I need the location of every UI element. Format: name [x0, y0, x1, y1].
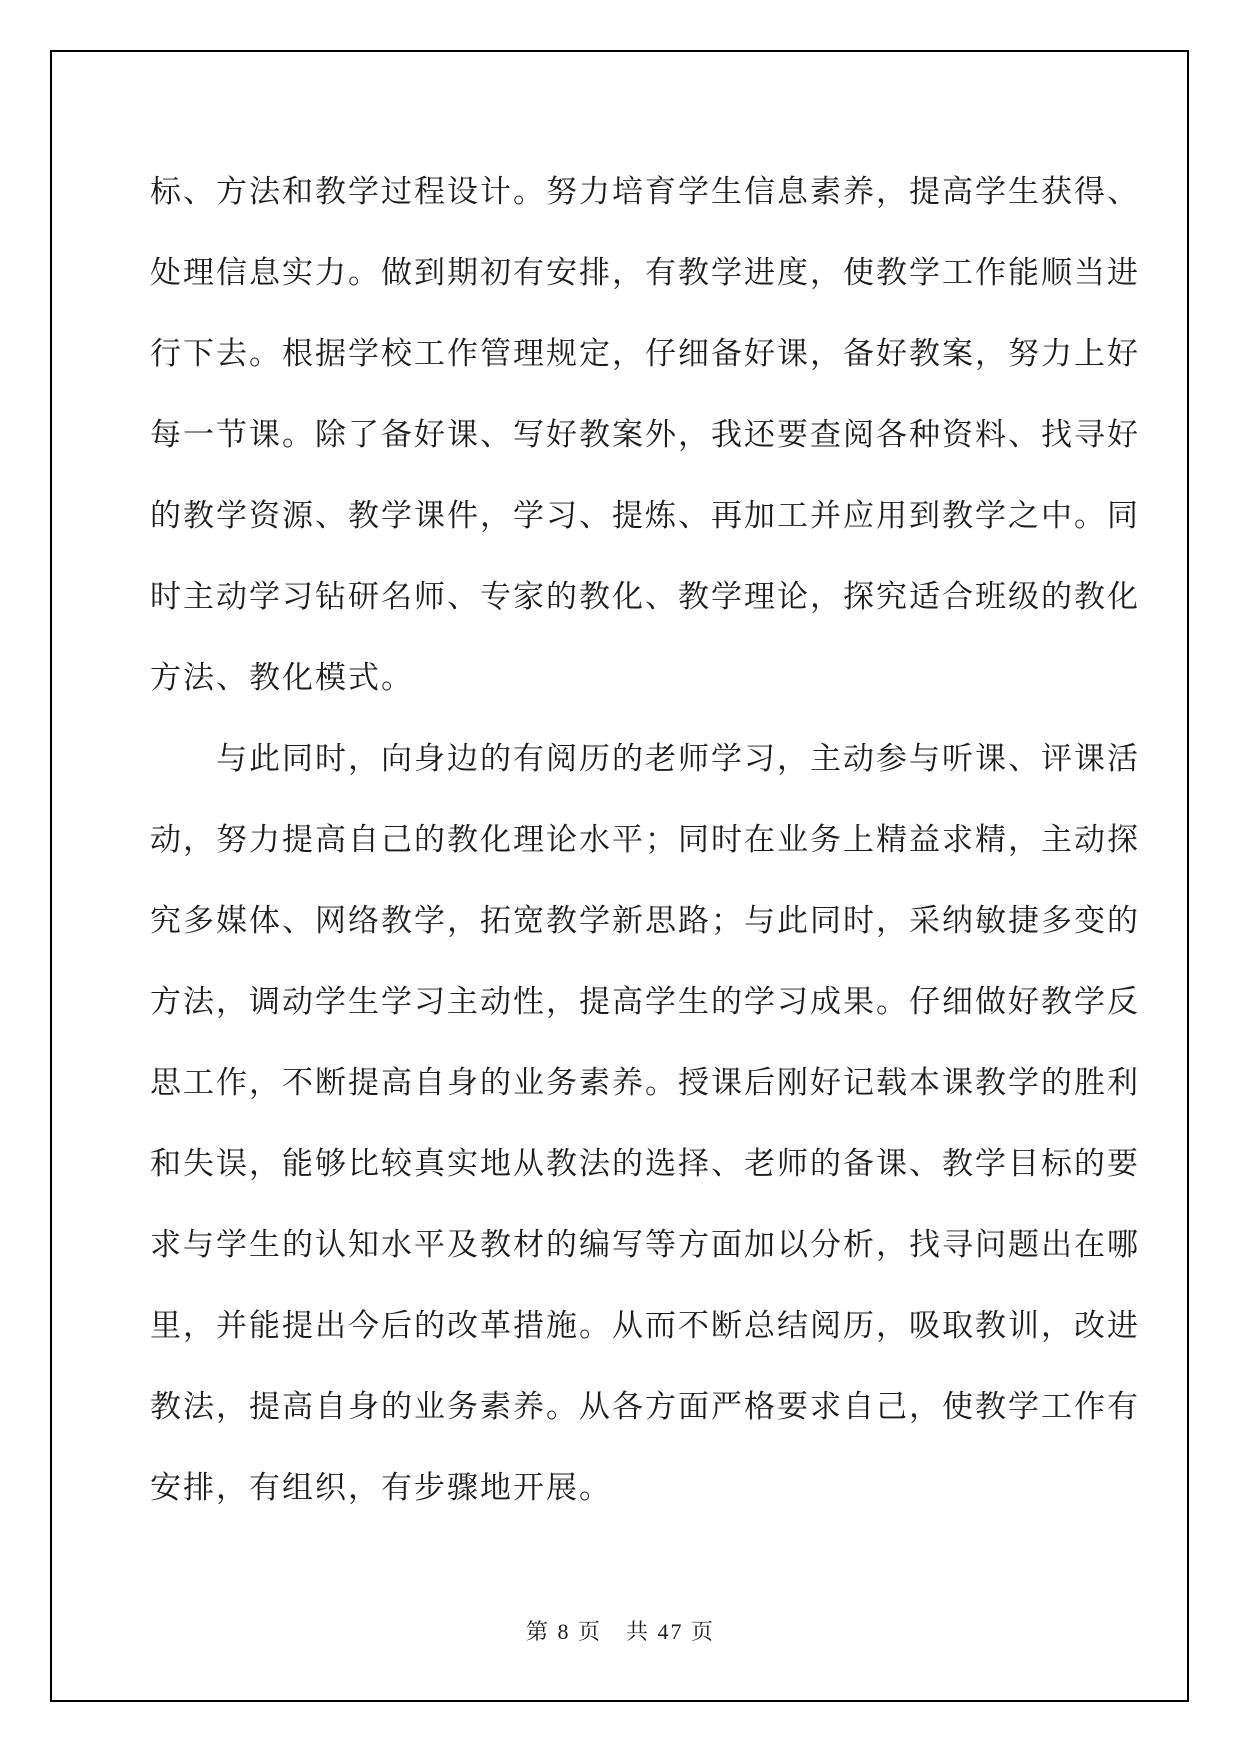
document-page: 标、方法和教学过程设计。努力培育学生信息素养，提高学生获得、 处理信息实力。做到… [0, 0, 1241, 1754]
body-text-line: 里，并能提出今后的改革措施。从而不断总结阅历，吸取教训，改进 [150, 1285, 1150, 1366]
body-text-line: 行下去。根据学校工作管理规定，仔细备好课，备好教案，努力上好 [150, 313, 1150, 394]
paragraph: 标、方法和教学过程设计。努力培育学生信息素养，提高学生获得、 处理信息实力。做到… [150, 151, 1150, 718]
body-text-line: 动，努力提高自己的教化理论水平；同时在业务上精益求精，主动探 [150, 799, 1150, 880]
body-text-line: 安排，有组织，有步骤地开展。 [150, 1447, 1150, 1528]
body-text-line: 教法，提高自身的业务素养。从各方面严格要求自己，使教学工作有 [150, 1366, 1150, 1447]
body-text-line: 时主动学习钻研名师、专家的教化、教学理论，探究适合班级的教化 [150, 556, 1150, 637]
body-text-line: 每一节课。除了备好课、写好教案外，我还要查阅各种资料、找寻好 [150, 394, 1150, 475]
body-text-line: 方法，调动学生学习主动性，提高学生的学习成果。仔细做好教学反 [150, 961, 1150, 1042]
body-text-line: 求与学生的认知水平及教材的编写等方面加以分析，找寻问题出在哪 [150, 1204, 1150, 1285]
body-text-line: 与此同时，向身边的有阅历的老师学习，主动参与听课、评课活 [150, 718, 1150, 799]
document-body: 标、方法和教学过程设计。努力培育学生信息素养，提高学生获得、 处理信息实力。做到… [150, 151, 1150, 1528]
body-text-line: 的教学资源、教学课件，学习、提炼、再加工并应用到教学之中。同 [150, 475, 1150, 556]
body-text-line: 和失误，能够比较真实地从教法的选择、老师的备课、教学目标的要 [150, 1123, 1150, 1204]
paragraph: 与此同时，向身边的有阅历的老师学习，主动参与听课、评课活 动，努力提高自己的教化… [150, 718, 1150, 1528]
body-text-line: 方法、教化模式。 [150, 637, 1150, 718]
body-text-line: 思工作，不断提高自身的业务素养。授课后刚好记载本课教学的胜利 [150, 1042, 1150, 1123]
body-text-line: 标、方法和教学过程设计。努力培育学生信息素养，提高学生获得、 [150, 151, 1150, 232]
page-footer: 第 8 页 共 47 页 [0, 1615, 1241, 1646]
body-text-line: 处理信息实力。做到期初有安排，有教学进度，使教学工作能顺当进 [150, 232, 1150, 313]
body-text-line: 究多媒体、网络教学，拓宽教学新思路；与此同时，采纳敏捷多变的 [150, 880, 1150, 961]
